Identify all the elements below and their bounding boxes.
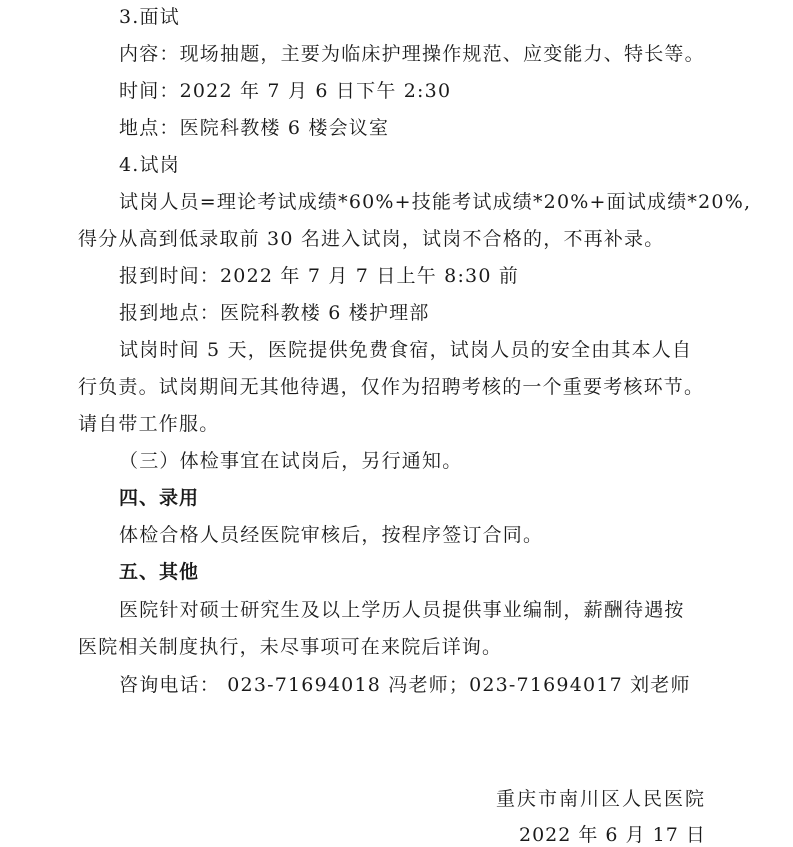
interview-content: 内容：现场抽题，主要为临床护理操作规范、应变能力、特长等。 xyxy=(119,42,705,66)
interview-location: 地点：医院科教楼 6 楼会议室 xyxy=(119,116,389,140)
other-text-line1: 医院针对硕士研究生及以上学历人员提供事业编制，薪酬待遇按 xyxy=(119,598,685,622)
contact-phone: 咨询电话： 023-71694018 冯老师；023-71694017 刘老师 xyxy=(119,673,691,697)
interview-title: 3.面试 xyxy=(119,5,180,29)
hiring-heading: 四、录用 xyxy=(119,486,199,510)
other-heading: 五、其他 xyxy=(119,560,199,584)
trial-details-line1: 试岗时间 5 天，医院提供免费食宿，试岗人员的安全由其本人自 xyxy=(119,338,692,362)
trial-report-location: 报到地点：医院科教楼 6 楼护理部 xyxy=(119,301,430,325)
signature-date: 2022 年 6 月 17 日 xyxy=(519,823,706,847)
trial-details-line3: 请自带工作服。 xyxy=(78,412,219,436)
trial-details-line2: 行负责。试岗期间无其他待遇，仅作为招聘考核的一个重要考核环节。 xyxy=(78,375,704,399)
document-page: 3.面试 内容：现场抽题，主要为临床护理操作规范、应变能力、特长等。 时间：20… xyxy=(0,0,793,847)
other-text-line2: 医院相关制度执行，未尽事项可在来院后详询。 xyxy=(78,635,502,659)
trial-report-time: 报到时间：2022 年 7 月 7 日上午 8:30 前 xyxy=(119,264,519,288)
trial-title: 4.试岗 xyxy=(119,153,180,177)
interview-time: 时间：2022 年 7 月 6 日下午 2:30 xyxy=(119,79,451,103)
hiring-text: 体检合格人员经医院审核后，按程序签订合同。 xyxy=(119,523,543,547)
trial-formula-line2: 得分从高到低录取前 30 名进入试岗，试岗不合格的，不再补录。 xyxy=(78,227,664,251)
physical-exam-text: （三）体检事宜在试岗后，另行通知。 xyxy=(119,449,462,473)
trial-formula-line1: 试岗人员=理论考试成绩*60%+技能考试成绩*20%+面试成绩*20%, xyxy=(119,190,751,214)
signature-organization: 重庆市南川区人民医院 xyxy=(496,787,706,811)
